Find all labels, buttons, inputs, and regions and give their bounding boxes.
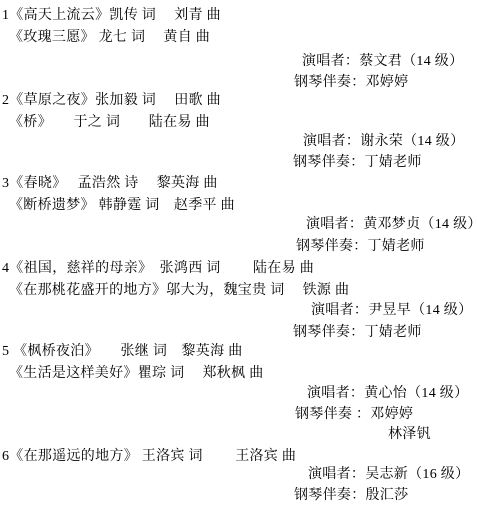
section2-song-line1: 2《草原之夜》张加毅 词 田歌 曲 bbox=[2, 93, 221, 109]
section3-accompanist: 钢琴伴奏：丁婧老师 bbox=[296, 239, 425, 255]
section2-accompanist: 钢琴伴奏：丁婧老师 bbox=[293, 155, 422, 171]
section4-song-line1: 4《祖国，慈祥的母亲》 张鸿西 词 陆在易 曲 bbox=[2, 261, 314, 277]
section5-accompanist: 钢琴伴奏 ：邓婷婷 bbox=[295, 407, 413, 423]
section3-song-line2: 《断桥遗梦》 韩静霆 词 赵季平 曲 bbox=[9, 198, 235, 214]
section5-song-line2: 《生活是这样美好》瞿琮 词 郑秋枫 曲 bbox=[9, 366, 264, 382]
recital-program-document: 1《高天上流云》凯传 词 刘青 曲 《玫瑰三愿》 龙七 词 黄自 曲 演唱者：蔡… bbox=[0, 0, 477, 505]
section4-accompanist: 钢琴伴奏：丁婧老师 bbox=[293, 325, 422, 341]
section4-singer: 演唱者：尹昱早（14 级） bbox=[311, 303, 472, 319]
section6-accompanist: 钢琴伴奏：殷汇莎 bbox=[294, 488, 408, 504]
section3-song-line1: 3《春晓》 孟浩然 诗 黎英海 曲 bbox=[2, 176, 218, 192]
section1-singer: 演唱者：蔡文君（14 级） bbox=[302, 54, 463, 70]
section4-song-line2: 《在那桃花盛开的地方》邬大为，魏宝贵 词 铁源 曲 bbox=[9, 283, 349, 299]
section1-accompanist: 钢琴伴奏：邓婷婷 bbox=[294, 75, 408, 91]
section5-accompanist2: 林泽钒 bbox=[388, 427, 431, 443]
section6-song-line1: 6《在那遥远的地方》 王洛宾 词 王洛宾 曲 bbox=[2, 449, 296, 465]
section2-song-line2: 《桥》 于之 词 陆在易 曲 bbox=[9, 115, 210, 131]
section6-singer: 演唱者：吴志新（16 级） bbox=[308, 467, 469, 483]
section3-singer: 演唱者：黄邓梦贞（14 级） bbox=[306, 217, 477, 233]
section1-song-line2: 《玫瑰三愿》 龙七 词 黄自 曲 bbox=[9, 30, 210, 46]
section5-song-line1: 5 《枫桥夜泊》 张继 词 黎英海 曲 bbox=[2, 344, 243, 360]
section1-song-line1: 1《高天上流云》凯传 词 刘青 曲 bbox=[2, 8, 221, 24]
section2-singer: 演唱者：谢永荣（14 级） bbox=[303, 134, 464, 150]
section5-singer: 演唱者：黄心怡（14 级） bbox=[307, 386, 468, 402]
